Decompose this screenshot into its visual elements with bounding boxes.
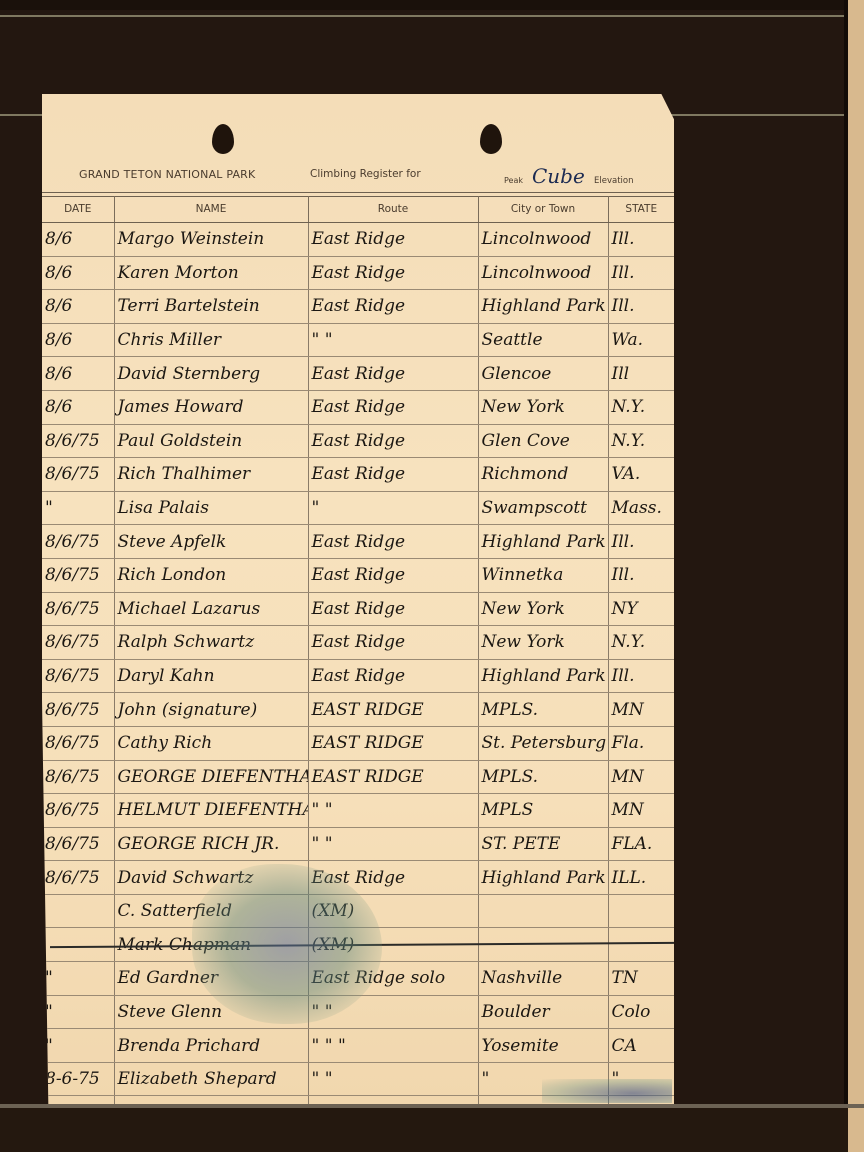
state-cell: " — [608, 1062, 674, 1096]
date-cell: 8/6/75 — [42, 726, 114, 760]
name-cell: Paul Goldstein — [114, 424, 308, 458]
city-cell: Glen Cove — [478, 424, 608, 458]
city-cell: Swampscott — [478, 491, 608, 525]
name-cell: GEORGE RICH JR. — [114, 827, 308, 861]
state-cell: Ill. — [608, 558, 674, 592]
display-base — [0, 1104, 848, 1152]
route-cell: EAST RIDGE — [308, 693, 478, 727]
table-row: 8/6Karen MortonEast RidgeLincolnwoodIll. — [42, 256, 674, 290]
column-header-name: NAME — [114, 196, 308, 223]
date-cell: 8/6/75 — [42, 525, 114, 559]
state-cell: Wa. — [608, 323, 674, 357]
table-row: 8/6/75Rich LondonEast RidgeWinnetkaIll. — [42, 558, 674, 592]
table-row: 8/6James HowardEast RidgeNew YorkN.Y. — [42, 390, 674, 424]
date-cell: " — [42, 995, 114, 1029]
date-cell: 8/6 — [42, 390, 114, 424]
date-cell: 8/6/75 — [42, 558, 114, 592]
date-cell: 8/6/75 — [42, 424, 114, 458]
city-cell: New York — [478, 592, 608, 626]
route-cell: " " — [308, 794, 478, 828]
name-cell: Karen Morton — [114, 256, 308, 290]
table-row: 8/6Chris Miller" "SeattleWa. — [42, 323, 674, 357]
route-cell: East Ridge solo — [308, 962, 478, 996]
date-cell: 8/6/75 — [42, 458, 114, 492]
date-cell: 8/6/75 — [42, 861, 114, 895]
route-cell: East Ridge — [308, 659, 478, 693]
register-entries: 8/6Margo WeinsteinEast RidgeLincolnwoodI… — [42, 223, 674, 1130]
table-row: 8/6/75GEORGE DIEFENTHALEAST RIDGEMPLS.MN — [42, 760, 674, 794]
name-cell: HELMUT DIEFENTHAL — [114, 794, 308, 828]
state-cell: Ill. — [608, 659, 674, 693]
city-cell: Boulder — [478, 995, 608, 1029]
city-cell: ST. PETE — [478, 827, 608, 861]
table-row: "Steve Glenn" "BoulderColo — [42, 995, 674, 1029]
state-cell: Ill. — [608, 290, 674, 324]
column-header-city: City or Town — [478, 196, 608, 223]
state-cell: NY — [608, 592, 674, 626]
table-row: 8/6/75John (signature)EAST RIDGEMPLS.MN — [42, 693, 674, 727]
route-cell: (XM) — [308, 894, 478, 928]
date-cell — [42, 928, 114, 962]
route-cell: East Ridge — [308, 458, 478, 492]
city-cell: Yosemite — [478, 1029, 608, 1063]
display-base-edge — [0, 1104, 864, 1108]
date-cell: " — [42, 491, 114, 525]
date-cell: " — [42, 1029, 114, 1063]
peak-label: Peak — [504, 176, 523, 185]
route-cell: " " — [308, 995, 478, 1029]
route-cell: " — [308, 491, 478, 525]
route-cell: East Ridge — [308, 525, 478, 559]
table-row: 8/6/75Steve ApfelkEast RidgeHighland Par… — [42, 525, 674, 559]
city-cell: Glencoe — [478, 357, 608, 391]
register-label: Climbing Register for — [310, 168, 421, 180]
name-cell: Elizabeth Shepard — [114, 1062, 308, 1096]
table-row: 8/6Terri BartelsteinEast RidgeHighland P… — [42, 290, 674, 324]
city-cell: MPLS. — [478, 693, 608, 727]
column-header-state: STATE — [608, 196, 674, 223]
name-cell: Steve Apfelk — [114, 525, 308, 559]
state-cell: Ill. — [608, 256, 674, 290]
state-cell: MN — [608, 794, 674, 828]
table-row: 8/6/75Rich ThalhimerEast RidgeRichmondVA… — [42, 458, 674, 492]
elevation-label: Elevation — [594, 176, 633, 186]
date-cell — [42, 894, 114, 928]
table-row: 8/6/75GEORGE RICH JR." "ST. PETEFLA. — [42, 827, 674, 861]
table-row: C. Satterfield(XM) — [42, 894, 674, 928]
route-cell: " " — [308, 323, 478, 357]
date-cell: 8/6 — [42, 256, 114, 290]
state-cell: N.Y. — [608, 390, 674, 424]
city-cell — [478, 894, 608, 928]
peak-value: Cube — [532, 164, 585, 188]
date-cell: 8/6/75 — [42, 794, 114, 828]
name-cell: David Sternberg — [114, 357, 308, 391]
city-cell: Lincolnwood — [478, 223, 608, 257]
city-cell: Highland Park — [478, 290, 608, 324]
route-cell: East Ridge — [308, 357, 478, 391]
route-cell: East Ridge — [308, 390, 478, 424]
state-cell — [608, 928, 674, 962]
state-cell: CA — [608, 1029, 674, 1063]
name-cell: Rich London — [114, 558, 308, 592]
name-cell: Ralph Schwartz — [114, 626, 308, 660]
state-cell: N.Y. — [608, 424, 674, 458]
name-cell: David Schwartz — [114, 861, 308, 895]
name-cell: John (signature) — [114, 693, 308, 727]
name-cell: Michael Lazarus — [114, 592, 308, 626]
route-cell: " " — [308, 1062, 478, 1096]
route-cell: East Ridge — [308, 626, 478, 660]
city-cell: Lincolnwood — [478, 256, 608, 290]
state-cell: ILL. — [608, 861, 674, 895]
state-cell: MN — [608, 760, 674, 794]
city-cell: Nashville — [478, 962, 608, 996]
city-cell: Highland Park — [478, 525, 608, 559]
state-cell: Fla. — [608, 726, 674, 760]
date-cell: 8/6/75 — [42, 760, 114, 794]
name-cell: Cathy Rich — [114, 726, 308, 760]
date-cell: 8/6 — [42, 357, 114, 391]
route-cell: East Ridge — [308, 592, 478, 626]
route-cell: East Ridge — [308, 861, 478, 895]
city-cell: Highland Park — [478, 659, 608, 693]
table-row: "Brenda Prichard" " "YosemiteCA — [42, 1029, 674, 1063]
frame-edge-right — [848, 0, 864, 1152]
route-cell: East Ridge — [308, 256, 478, 290]
climbing-register-sheet: GRAND TETON NATIONAL PARK Climbing Regis… — [42, 94, 674, 1104]
header-row: DATE NAME Route City or Town STATE — [42, 196, 674, 223]
date-cell: 8/6/75 — [42, 626, 114, 660]
state-cell: Ill. — [608, 223, 674, 257]
date-cell: " — [42, 962, 114, 996]
table-row: "Ed GardnerEast Ridge soloNashvilleTN — [42, 962, 674, 996]
route-cell: " " " — [308, 1029, 478, 1063]
date-cell: 8/6/75 — [42, 659, 114, 693]
city-cell: Richmond — [478, 458, 608, 492]
name-cell: Brenda Prichard — [114, 1029, 308, 1063]
date-cell: 8/6 — [42, 323, 114, 357]
table-row: 8-6-75Elizabeth Shepard" """ — [42, 1062, 674, 1096]
city-cell: Highland Park — [478, 861, 608, 895]
route-cell: East Ridge — [308, 290, 478, 324]
punch-hole-icon — [212, 124, 234, 154]
name-cell: Rich Thalhimer — [114, 458, 308, 492]
state-cell: Ill. — [608, 525, 674, 559]
table-row: "Lisa Palais"SwampscottMass. — [42, 491, 674, 525]
name-cell: Lisa Palais — [114, 491, 308, 525]
city-cell: MPLS. — [478, 760, 608, 794]
city-cell: St. Petersburg — [478, 726, 608, 760]
table-row: 8/6/75HELMUT DIEFENTHAL" "MPLSMN — [42, 794, 674, 828]
name-cell: GEORGE DIEFENTHAL — [114, 760, 308, 794]
register-table: DATE NAME Route City or Town STATE 8/6Ma… — [42, 196, 674, 1130]
city-cell: Winnetka — [478, 558, 608, 592]
state-cell: Mass. — [608, 491, 674, 525]
date-cell: 8/6/75 — [42, 693, 114, 727]
state-cell: FLA. — [608, 827, 674, 861]
name-cell: C. Satterfield — [114, 894, 308, 928]
name-cell: Margo Weinstein — [114, 223, 308, 257]
date-cell: 8-6-75 — [42, 1062, 114, 1096]
date-cell: 8/6 — [42, 290, 114, 324]
date-cell: 8/6/75 — [42, 592, 114, 626]
name-cell: James Howard — [114, 390, 308, 424]
background-frame-top — [0, 0, 864, 10]
state-cell — [608, 894, 674, 928]
state-cell: Ill — [608, 357, 674, 391]
column-header-date: DATE — [42, 196, 114, 223]
date-cell: 8/6 — [42, 223, 114, 257]
table-row: 8/6/75Michael LazarusEast RidgeNew YorkN… — [42, 592, 674, 626]
state-cell: TN — [608, 962, 674, 996]
route-cell: East Ridge — [308, 558, 478, 592]
date-cell: 8/6/75 — [42, 827, 114, 861]
table-row: 8/6/75Daryl KahnEast RidgeHighland ParkI… — [42, 659, 674, 693]
name-cell: Chris Miller — [114, 323, 308, 357]
table-row: 8/6/75Paul GoldsteinEast RidgeGlen CoveN… — [42, 424, 674, 458]
name-cell: Ed Gardner — [114, 962, 308, 996]
state-cell: N.Y. — [608, 626, 674, 660]
route-cell: East Ridge — [308, 223, 478, 257]
table-row: 8/6/75Cathy RichEAST RIDGESt. Petersburg… — [42, 726, 674, 760]
route-cell: " " — [308, 827, 478, 861]
name-cell: Daryl Kahn — [114, 659, 308, 693]
city-cell: New York — [478, 390, 608, 424]
name-cell: Steve Glenn — [114, 995, 308, 1029]
route-cell: East Ridge — [308, 424, 478, 458]
city-cell: MPLS — [478, 794, 608, 828]
display-wire-top — [0, 15, 848, 17]
state-cell: VA. — [608, 458, 674, 492]
park-title: GRAND TETON NATIONAL PARK — [79, 168, 255, 181]
table-row: 8/6/75Ralph SchwartzEast RidgeNew YorkN.… — [42, 626, 674, 660]
route-cell: EAST RIDGE — [308, 726, 478, 760]
route-cell: EAST RIDGE — [308, 760, 478, 794]
column-header-route: Route — [308, 196, 478, 223]
state-cell: Colo — [608, 995, 674, 1029]
city-cell: Seattle — [478, 323, 608, 357]
state-cell: MN — [608, 693, 674, 727]
punch-hole-icon — [480, 124, 502, 154]
city-cell: " — [478, 1062, 608, 1096]
table-row: 8/6/75David SchwartzEast RidgeHighland P… — [42, 861, 674, 895]
table-row: 8/6Margo WeinsteinEast RidgeLincolnwoodI… — [42, 223, 674, 257]
name-cell: Terri Bartelstein — [114, 290, 308, 324]
city-cell: New York — [478, 626, 608, 660]
table-row: 8/6David SternbergEast RidgeGlencoeIll — [42, 357, 674, 391]
